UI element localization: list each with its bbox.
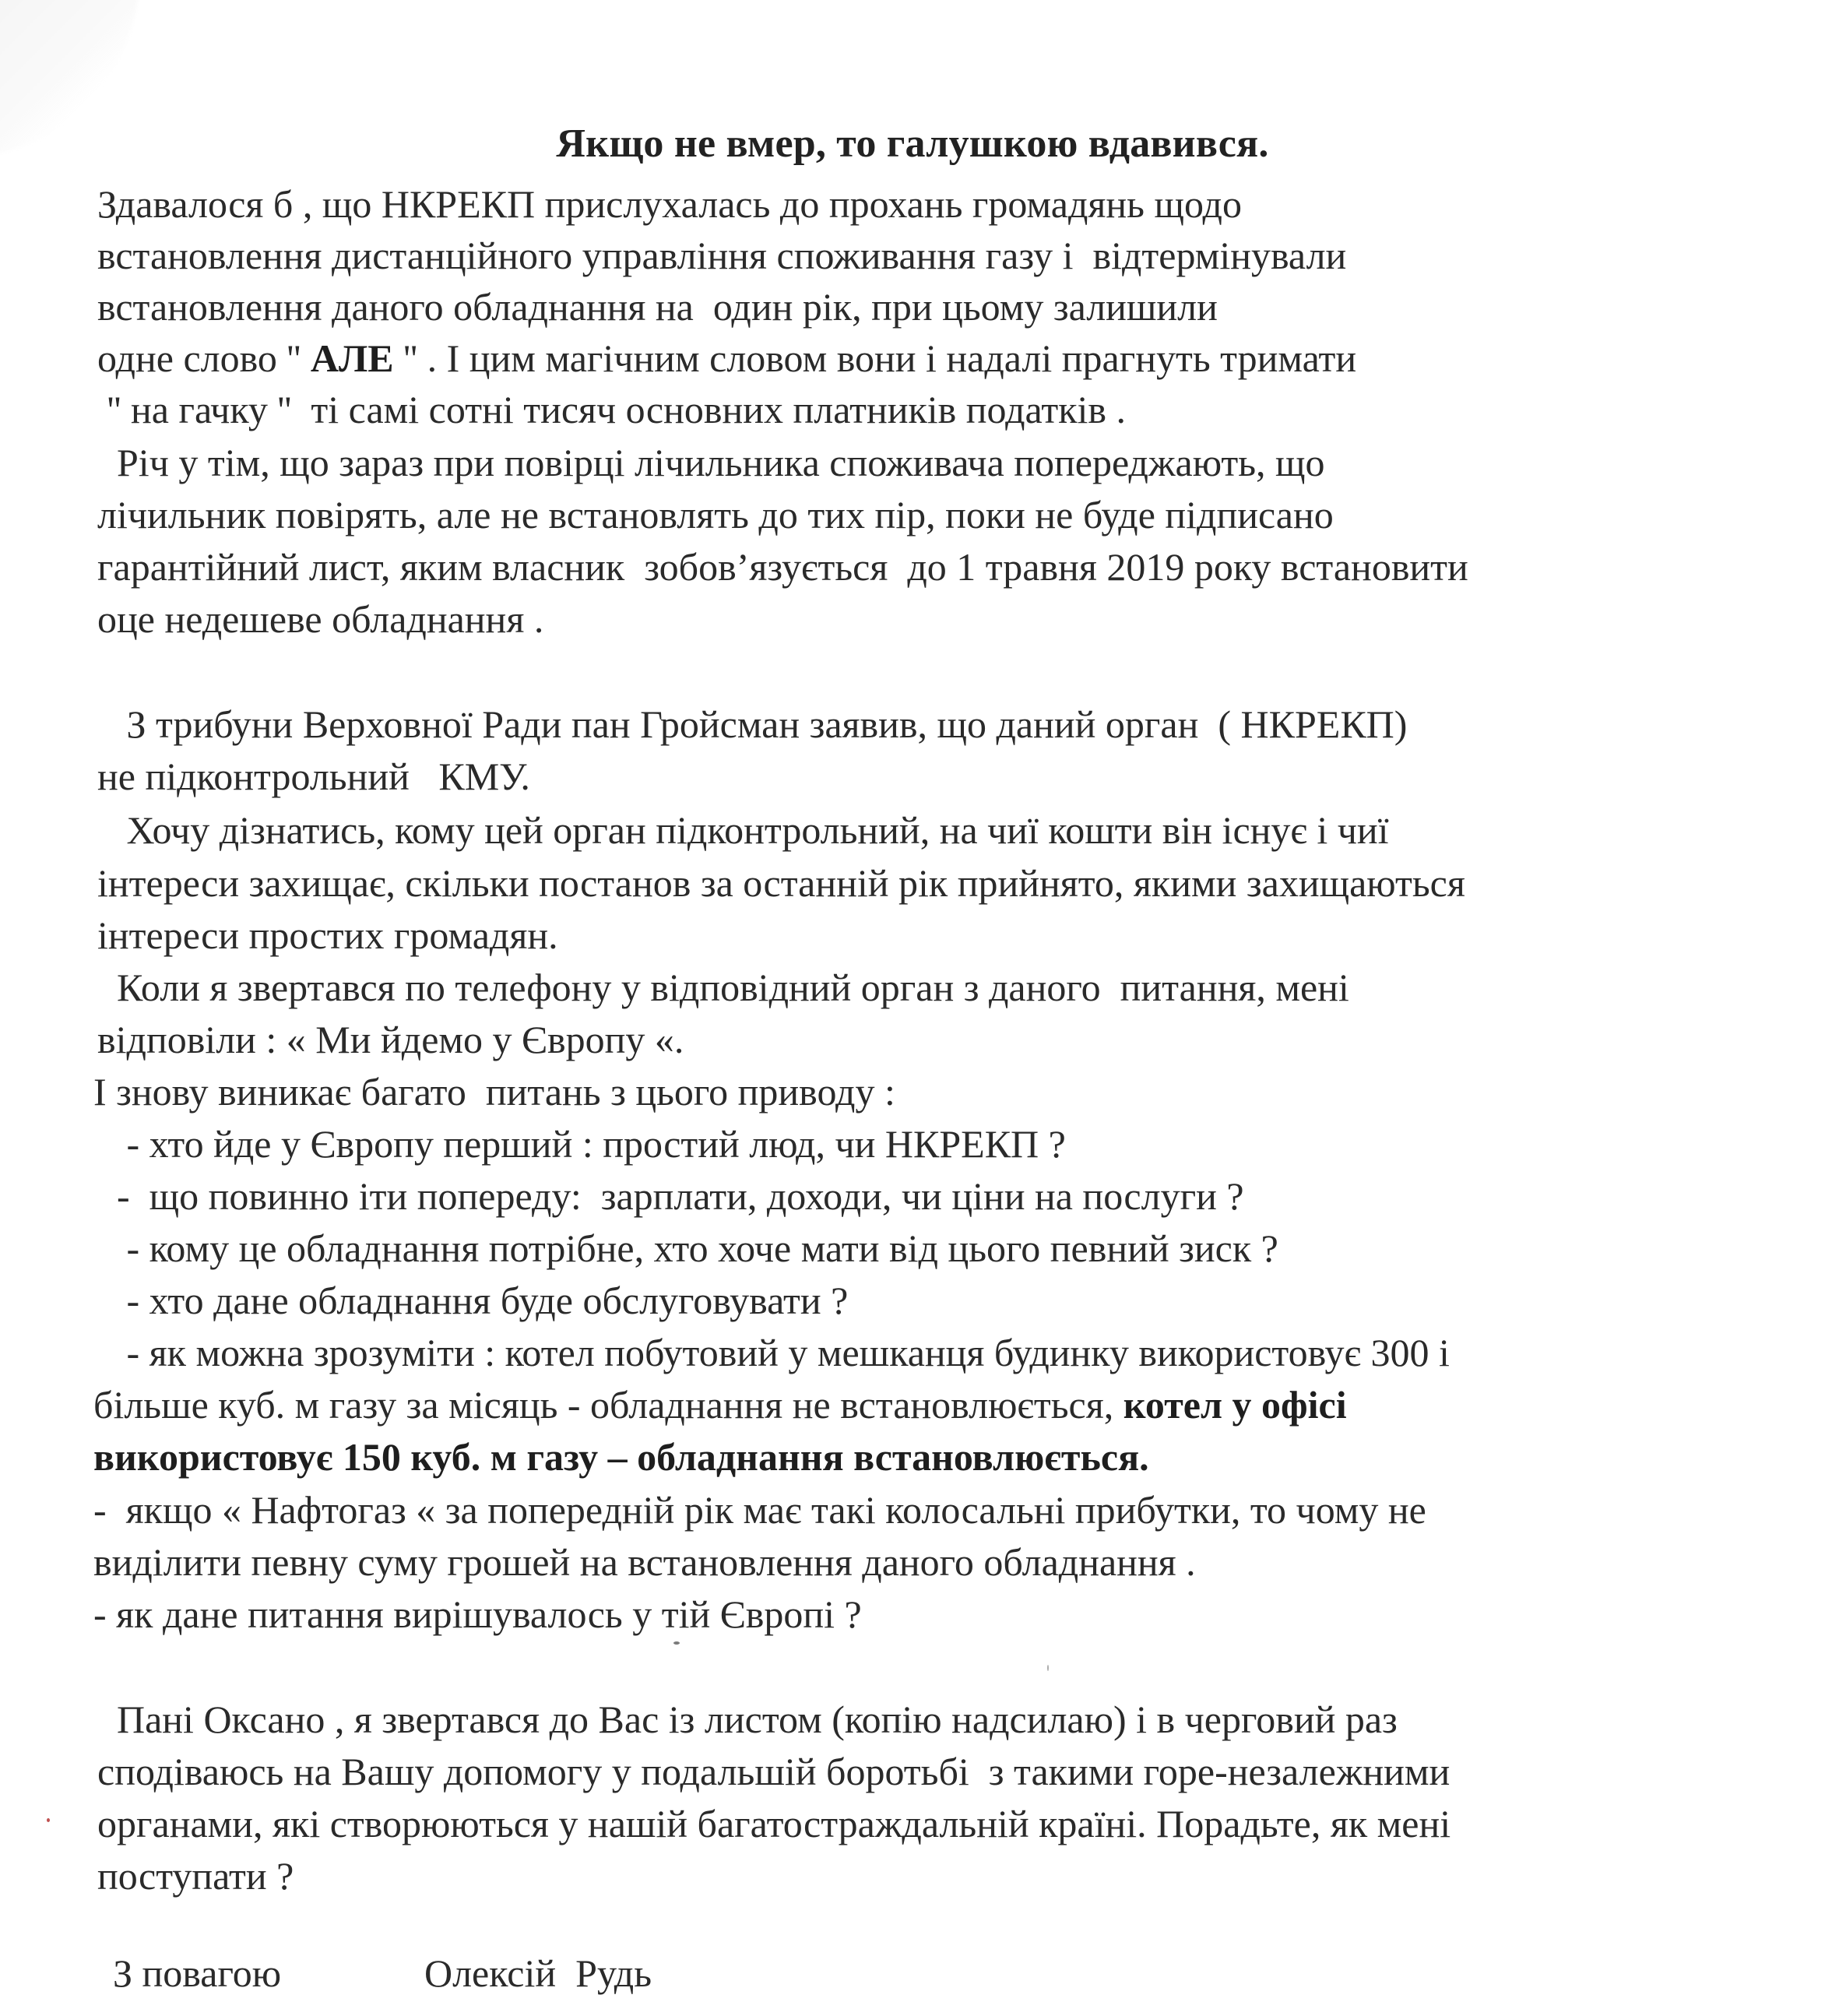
paragraph-3-line-2: не підконтрольний КМУ. (97, 753, 530, 800)
emphasis-ale: АЛЕ (311, 336, 394, 380)
paragraph-4-line-1: Хочу дізнатись, кому цей орган підконтро… (97, 807, 1389, 853)
paragraph-4-line-2: інтереси захищає, скільки постанов за ос… (97, 860, 1465, 906)
scan-speck (1047, 1665, 1049, 1671)
paragraph-5-line-3: І знову виникає багато питань з цього пр… (93, 1068, 895, 1115)
closing-line-3: органами, які створюються у нашій багато… (97, 1800, 1451, 1847)
letter-document: Якщо не вмер, то галушкою вдавився. Здав… (0, 0, 1825, 2016)
text: '' . І цим магічним словом вони і надалі… (394, 336, 1357, 380)
question-6-line-1: - якщо « Нафтогаз « за попередній рік ма… (93, 1486, 1426, 1533)
question-7: - як дане питання вирішувалось у тій Євр… (93, 1591, 862, 1638)
paragraph-5-line-2: відповіли : « Ми йдемо у Європу «. (97, 1016, 684, 1063)
paragraph-1-line-3: встановлення даного обладнання на один р… (97, 283, 1218, 330)
question-1: - хто йде у Європу перший : простий люд,… (97, 1121, 1066, 1167)
text: більше куб. м газу за місяць - обладнанн… (93, 1383, 1123, 1427)
closing-line-4: поступати ? (97, 1852, 294, 1899)
scan-speck (673, 1641, 680, 1645)
paragraph-2-line-2: лічильник повірять, але не встановлять д… (97, 491, 1334, 538)
paragraph-3-line-1: З трибуни Верховної Ради пан Гройсман за… (97, 701, 1407, 748)
paragraph-2-line-4: оце недешеве обладнання . (97, 596, 543, 642)
question-6-line-2: виділити певну суму грошей на встановлен… (93, 1539, 1196, 1585)
paragraph-1-line-5: '' на гачку '' ті самі сотні тисяч основ… (97, 386, 1126, 433)
question-5-line-3: використовує 150 куб. м газу – обладнанн… (93, 1434, 1149, 1480)
question-5-line-1: - як можна зрозуміти : котел побутовий у… (97, 1329, 1450, 1376)
question-2: - що повинно іти попереду: зарплати, дох… (97, 1173, 1244, 1219)
closing-line-2: сподіваюсь на Вашу допомогу у подальшій … (97, 1748, 1450, 1795)
emphasis-office-boiler: котел у офісі (1123, 1383, 1347, 1427)
paragraph-4-line-3: інтереси простих громадян. (97, 912, 558, 959)
paragraph-1-line-1: Здавалося б , що НКРЕКП прислухалась до … (97, 181, 1242, 227)
paragraph-1-line-2: встановлення дистанційного управління сп… (97, 232, 1346, 279)
question-5-line-2: більше куб. м газу за місяць - обладнанн… (93, 1381, 1347, 1428)
question-3: - кому це обладнання потрібне, хто хоче … (97, 1225, 1278, 1272)
text: одне слово '' (97, 336, 311, 380)
paragraph-2-line-3: гарантійний лист, яким власник зобов’язу… (97, 544, 1468, 590)
paragraph-1-line-4: одне слово '' АЛЕ '' . І цим магічним сл… (97, 335, 1356, 382)
paragraph-2-line-1: Річ у тім, що зараз при повірці лічильни… (97, 439, 1325, 486)
question-4: - хто дане обладнання буде обслуговувати… (97, 1277, 848, 1324)
letter-title: Якщо не вмер, то галушкою вдавився. (0, 121, 1825, 167)
signature-name: Олексій Рудь (424, 1950, 652, 1997)
closing-line-1: Пані Оксано , я звертався до Вас із лист… (97, 1696, 1398, 1743)
scan-speck (47, 1818, 50, 1822)
signature-salutation: З повагою (113, 1950, 281, 1997)
paragraph-5-line-1: Коли я звертався по телефону у відповідн… (97, 964, 1349, 1011)
